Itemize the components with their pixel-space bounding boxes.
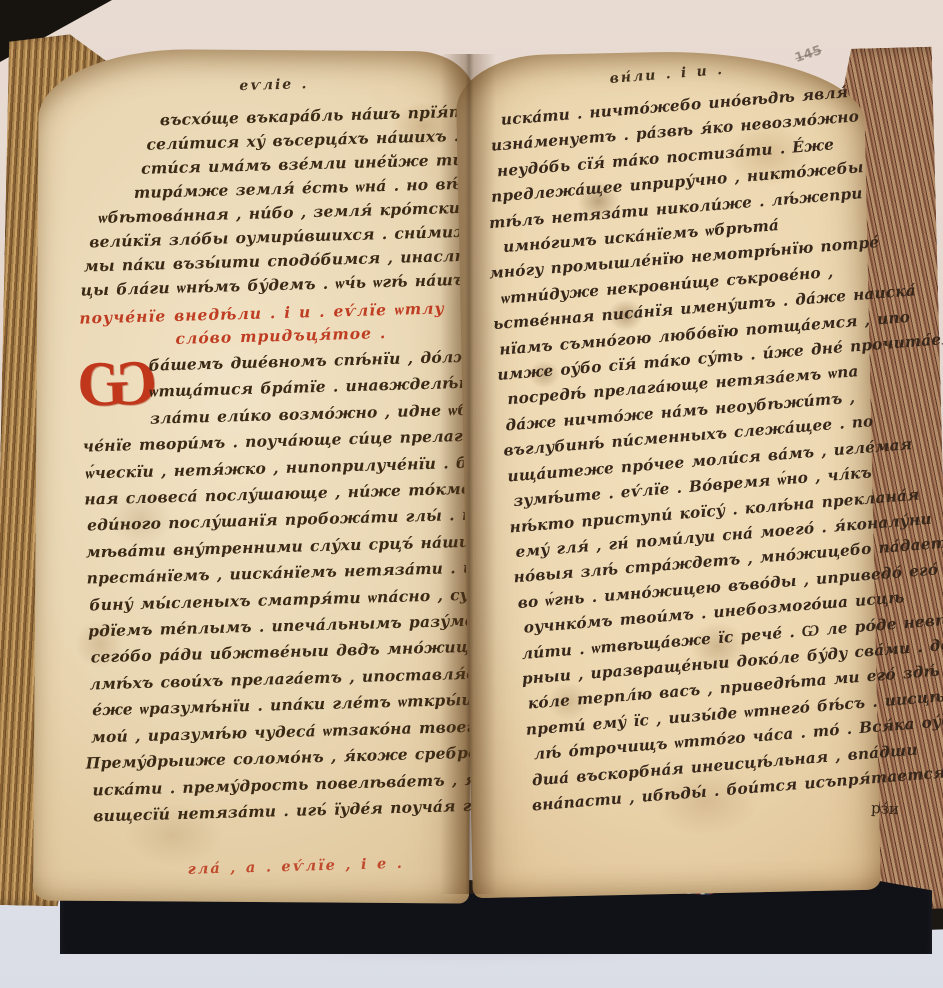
left-text-block-main: Ѡ ба́шемъ дше́вномъ спѣ́нїи , до́лжни ес… bbox=[80, 343, 495, 829]
left-footer-rubric: гла́ , а . еѵ́лїе , і е . bbox=[95, 853, 497, 881]
cyrillic-folio-number: рз́и bbox=[871, 799, 900, 818]
left-page: еѵліе . въсхо́ще въкара́бль на́шъ прїя́т… bbox=[33, 48, 475, 903]
left-running-title: еѵліе . bbox=[73, 72, 475, 99]
right-page-text: вн́ли . і и . 145 иска́ти . ничто́жебо и… bbox=[474, 51, 918, 819]
right-page: вн́ли . і и . 145 иска́ти . ничто́жебо и… bbox=[455, 48, 881, 898]
photo-backdrop: еѵліе . въсхо́ще въкара́бль на́шъ прїя́т… bbox=[0, 0, 943, 988]
right-text-block: иска́ти . ничто́жебо ино́вѣдѣ явля́изна́… bbox=[476, 79, 918, 819]
spine-gutter-shadow bbox=[440, 54, 496, 894]
left-page-text: еѵліе . въсхо́ще въкара́бль на́шъ прїя́т… bbox=[73, 72, 497, 881]
left-text-block-top: въсхо́ще въкара́бль на́шъ прїя́ти ха́ , … bbox=[74, 99, 481, 302]
decorated-initial-letter: Ѡ bbox=[76, 357, 143, 411]
